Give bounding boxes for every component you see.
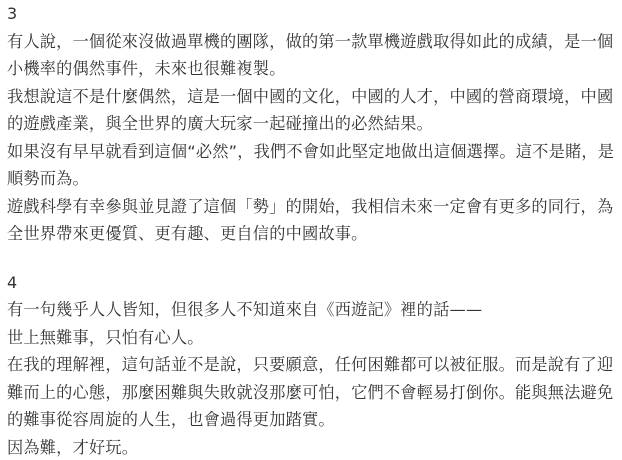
paragraph: 在我的理解裡，這句話並不是說，只要願意，任何困難都可以被征服。而是說有了迎難而上…	[7, 351, 622, 434]
section-3: 3 有人說，一個從來沒做過單機的團隊，做的第一款單機遊戲取得如此的成績，是一個小…	[7, 0, 622, 248]
paragraph: 我想說這不是什麼偶然，這是一個中國的文化，中國的人才，中國的營商環境，中國的遊戲…	[7, 83, 622, 138]
section-4: 4 有一句幾乎人人皆知，但很多人不知道來自《西遊記》裡的話—— 世上無難事，只怕…	[7, 269, 622, 460]
document-body: 3 有人說，一個從來沒做過單機的團隊，做的第一款單機遊戲取得如此的成績，是一個小…	[0, 0, 622, 460]
paragraph: 世上無難事，只怕有心人。	[7, 324, 622, 352]
paragraph: 因為難，才好玩。	[7, 434, 622, 460]
section-number: 3	[7, 0, 622, 28]
paragraph: 遊戲科學有幸參與並見證了這個「勢」的開始，我相信未來一定會有更多的同行，為全世界…	[7, 193, 622, 248]
paragraph: 有人說，一個從來沒做過單機的團隊，做的第一款單機遊戲取得如此的成績，是一個小機率…	[7, 28, 622, 83]
paragraph: 如果沒有早早就看到這個“必然”，我們不會如此堅定地做出這個選擇。這不是賭，是順勢…	[7, 138, 622, 193]
paragraph: 有一句幾乎人人皆知，但很多人不知道來自《西遊記》裡的話——	[7, 296, 622, 324]
section-number: 4	[7, 269, 622, 297]
